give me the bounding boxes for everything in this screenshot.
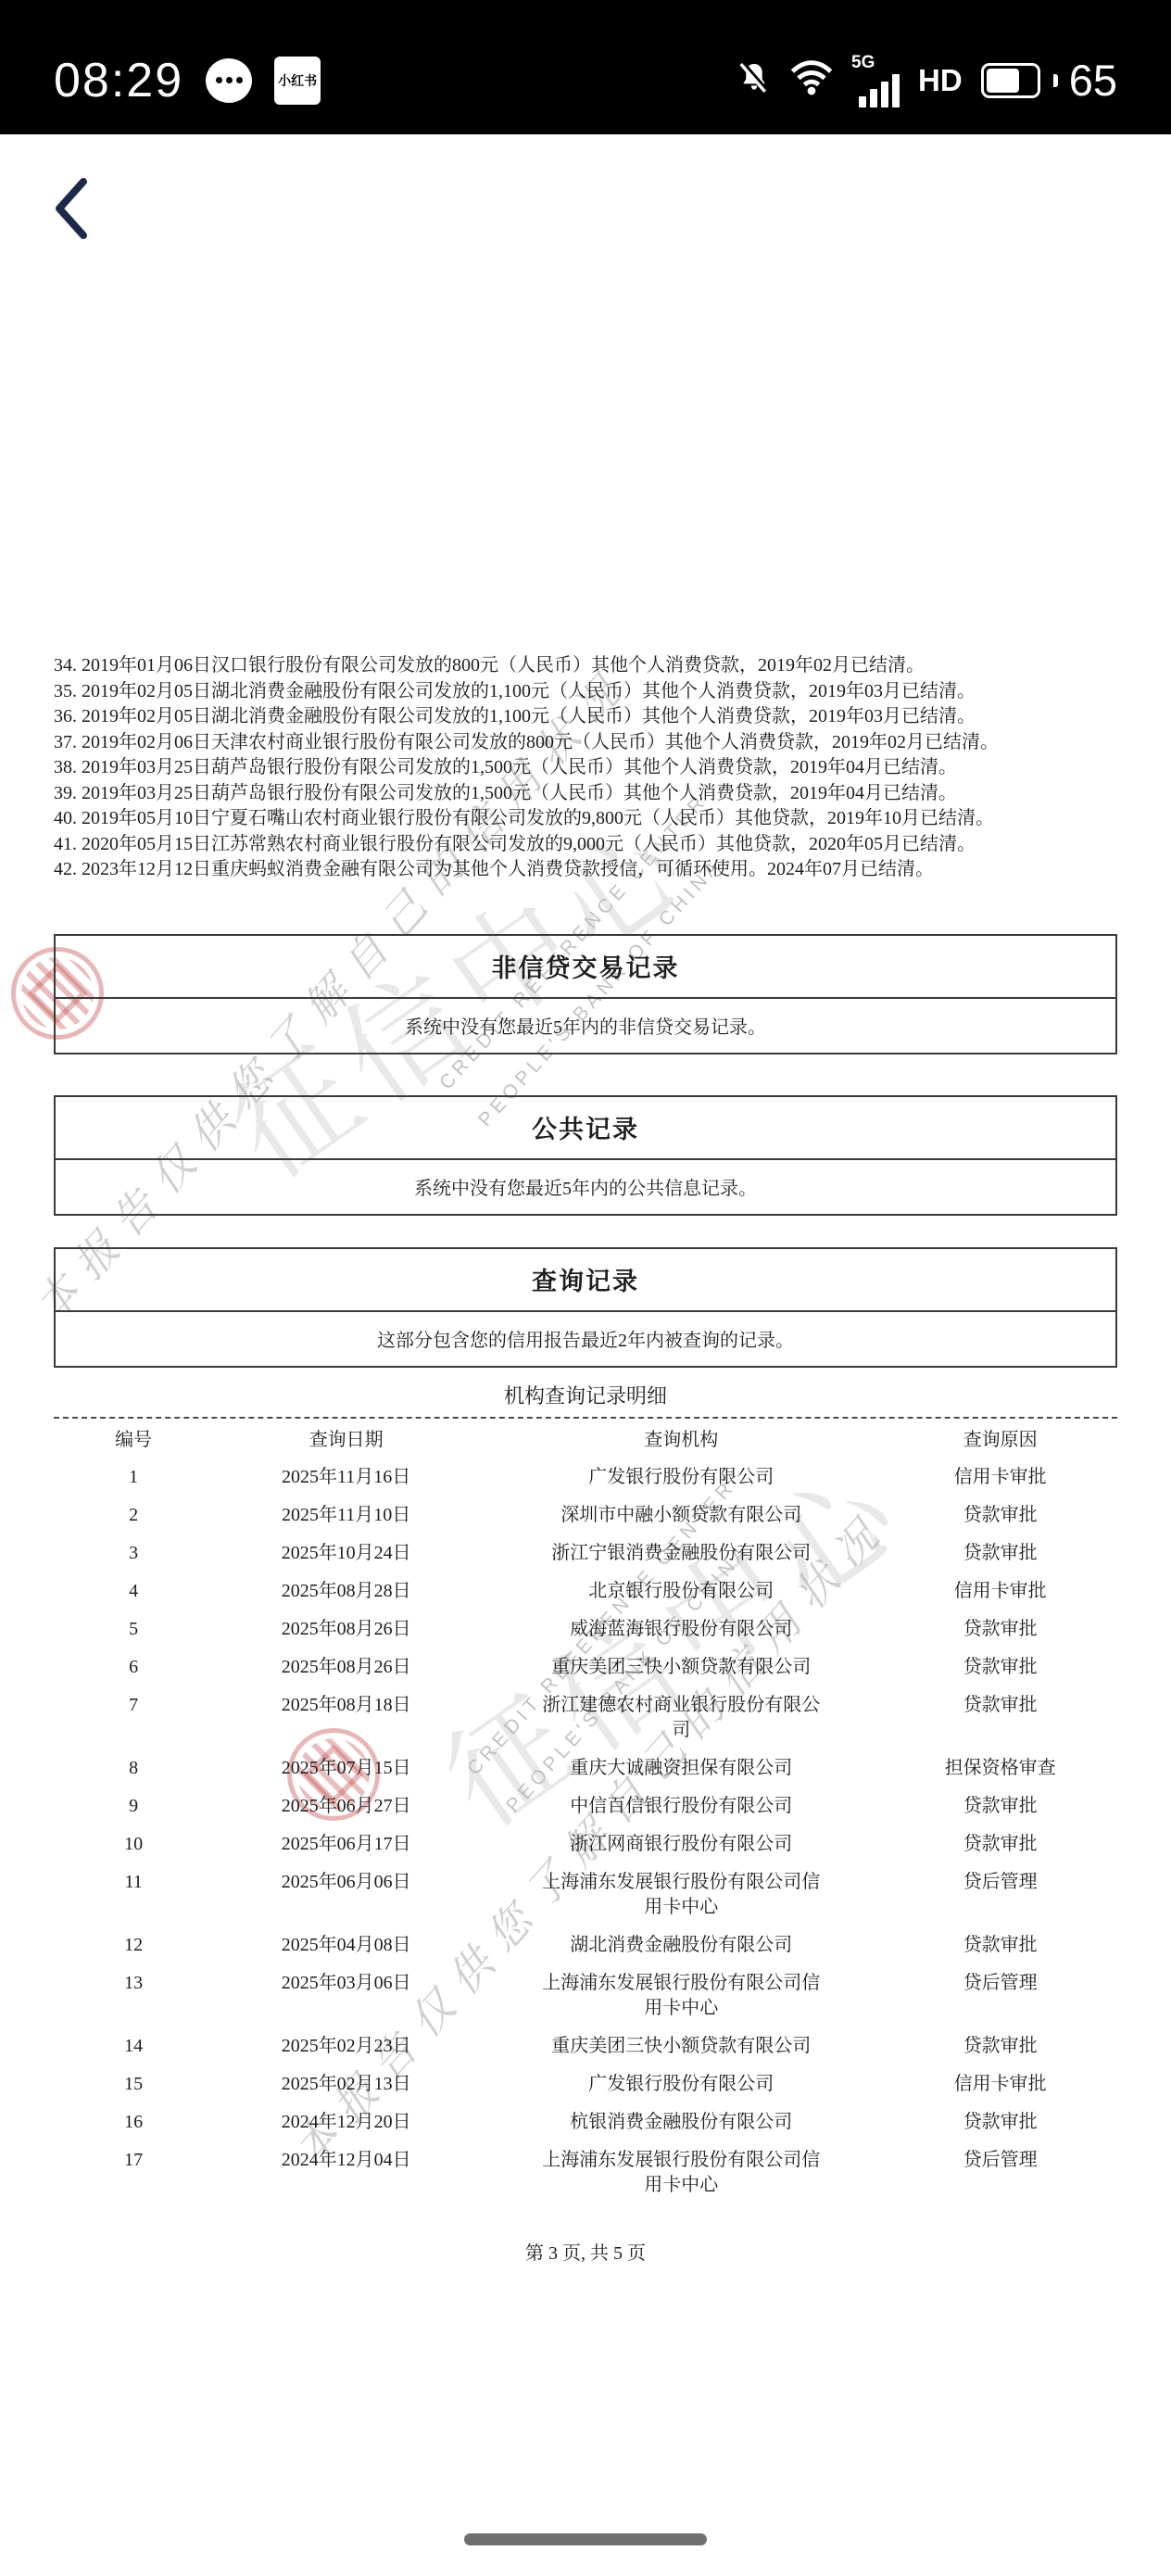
query-table-cell: 16 bbox=[54, 2110, 213, 2135]
query-table-cell: 1 bbox=[54, 1465, 213, 1490]
query-table-cell: 2 bbox=[54, 1503, 213, 1528]
status-bar-right: 5G HD 65 bbox=[737, 54, 1117, 107]
query-table-row: 32025年10月24日浙江宁银消费金融股份有限公司贷款审批 bbox=[54, 1534, 1117, 1572]
loan-records-list: 34. 2019年01月06日汉口银行股份有限公司发放的800元（人民币）其他个… bbox=[54, 653, 1117, 883]
back-button[interactable] bbox=[48, 174, 96, 243]
phone-screen: 08:29 小红书 bbox=[0, 0, 1171, 2576]
query-table-row: 22025年11月10日深圳市中融小额贷款有限公司贷款审批 bbox=[54, 1496, 1117, 1534]
hd-indicator: HD bbox=[918, 63, 963, 98]
battery-percent: 65 bbox=[1069, 55, 1117, 106]
query-table-cell: 贷款审批 bbox=[883, 2110, 1117, 2135]
query-table-row: 112025年06月06日上海浦东发展银行股份有限公司信用卡中心贷后管理 bbox=[54, 1863, 1117, 1926]
loan-record-item: 34. 2019年01月06日汉口银行股份有限公司发放的800元（人民币）其他个… bbox=[54, 653, 1117, 679]
battery-icon bbox=[981, 63, 1040, 98]
query-table-cell: 9 bbox=[54, 1794, 213, 1819]
column-header: 查询日期 bbox=[213, 1428, 479, 1453]
wifi-icon bbox=[790, 60, 833, 100]
query-table-cell: 2025年06月06日 bbox=[213, 1870, 479, 1920]
query-table-cell: 2024年12月04日 bbox=[213, 2148, 479, 2198]
loan-record-item: 41. 2020年05月15日江苏常熟农村商业银行股份有限公司发放的9,000元… bbox=[54, 832, 1117, 858]
query-table-row: 152025年02月13日广发银行股份有限公司信用卡审批 bbox=[54, 2065, 1117, 2103]
query-table-row: 132025年03月06日上海浦东发展银行股份有限公司信用卡中心贷后管理 bbox=[54, 1964, 1117, 2027]
signal-icon: 5G bbox=[851, 54, 900, 107]
signal-bars bbox=[859, 74, 900, 107]
loan-record-item: 42. 2023年12月12日重庆蚂蚁消费金融有限公司为其他个人消费贷款授信，可… bbox=[54, 857, 1117, 883]
xiaohongshu-app-icon: 小红书 bbox=[274, 57, 321, 105]
query-table-cell: 2025年06月17日 bbox=[213, 1832, 479, 1857]
query-table-cell: 中信百信银行股份有限公司 bbox=[479, 1794, 883, 1819]
query-table-cell: 2025年08月18日 bbox=[213, 1693, 479, 1743]
query-table-cell: 贷款审批 bbox=[883, 2034, 1117, 2059]
query-table-cell: 2025年02月23日 bbox=[213, 2034, 479, 2059]
query-table-row: 82025年07月15日重庆大诚融资担保有限公司担保资格审查 bbox=[54, 1749, 1117, 1787]
query-table-cell: 重庆大诚融资担保有限公司 bbox=[479, 1756, 883, 1781]
query-table-header: 编号 查询日期 查询机构 查询原因 bbox=[54, 1419, 1117, 1458]
query-table-row: 102025年06月17日浙江网商银行股份有限公司贷款审批 bbox=[54, 1825, 1117, 1863]
query-table: 编号 查询日期 查询机构 查询原因 12025年11月16日广发银行股份有限公司… bbox=[54, 1419, 1117, 2204]
loan-record-item: 36. 2019年02月05日湖北消费金融股份有限公司发放的1,100元（人民币… bbox=[54, 704, 1117, 730]
query-table-row: 172024年12月04日上海浦东发展银行股份有限公司信用卡中心贷后管理 bbox=[54, 2141, 1117, 2204]
query-table-cell: 浙江网商银行股份有限公司 bbox=[479, 1832, 883, 1857]
query-table-cell: 14 bbox=[54, 2034, 213, 2059]
query-table-cell: 7 bbox=[54, 1693, 213, 1743]
query-table-cell: 15 bbox=[54, 2072, 213, 2097]
query-table-cell: 4 bbox=[54, 1579, 213, 1604]
query-table-cell: 10 bbox=[54, 1832, 213, 1857]
column-header: 查询机构 bbox=[479, 1428, 883, 1453]
query-table-cell: 贷款审批 bbox=[883, 1617, 1117, 1642]
query-table-cell: 贷款审批 bbox=[883, 1832, 1117, 1857]
query-table-cell: 上海浦东发展银行股份有限公司信用卡中心 bbox=[479, 1870, 883, 1920]
mute-bell-icon bbox=[737, 58, 772, 102]
query-table-cell: 2025年04月08日 bbox=[213, 1933, 479, 1958]
query-table-cell: 2025年06月27日 bbox=[213, 1794, 479, 1819]
query-table-cell: 贷款审批 bbox=[883, 1655, 1117, 1680]
query-table-cell: 贷款审批 bbox=[883, 1794, 1117, 1819]
query-table-body: 12025年11月16日广发银行股份有限公司信用卡审批22025年11月10日深… bbox=[54, 1458, 1117, 2204]
loan-record-item: 35. 2019年02月05日湖北消费金融股份有限公司发放的1,100元（人民币… bbox=[54, 679, 1117, 705]
query-table-cell: 贷款审批 bbox=[883, 1933, 1117, 1958]
query-table-cell: 8 bbox=[54, 1756, 213, 1781]
section-body: 这部分包含您的信用报告最近2年内被查询的记录。 bbox=[56, 1312, 1115, 1366]
query-table-cell: 威海蓝海银行股份有限公司 bbox=[479, 1617, 883, 1642]
query-table-row: 72025年08月18日浙江建德农村商业银行股份有限公司贷款审批 bbox=[54, 1686, 1117, 1749]
network-type-label: 5G bbox=[851, 54, 875, 71]
section-query-records: 查询记录 这部分包含您的信用报告最近2年内被查询的记录。 bbox=[54, 1247, 1117, 1368]
query-table-cell: 2025年03月06日 bbox=[213, 1971, 479, 2021]
query-table-cell: 深圳市中融小额贷款有限公司 bbox=[479, 1503, 883, 1528]
query-table-row: 122025年04月08日湖北消费金融股份有限公司贷款审批 bbox=[54, 1926, 1117, 1964]
status-bar-left: 08:29 小红书 bbox=[54, 53, 321, 108]
section-body: 系统中没有您最近5年内的非信贷交易记录。 bbox=[56, 999, 1115, 1053]
section-title: 非信贷交易记录 bbox=[56, 936, 1115, 999]
query-table-cell: 贷后管理 bbox=[883, 2148, 1117, 2198]
home-indicator-bar[interactable] bbox=[464, 2533, 707, 2545]
column-header: 查询原因 bbox=[883, 1428, 1117, 1453]
query-table-cell: 浙江建德农村商业银行股份有限公司 bbox=[479, 1693, 883, 1743]
status-bar: 08:29 小红书 bbox=[0, 0, 1171, 134]
query-table-cell: 2025年10月24日 bbox=[213, 1541, 479, 1566]
query-table-cell: 12 bbox=[54, 1933, 213, 1958]
query-table-cell: 上海浦东发展银行股份有限公司信用卡中心 bbox=[479, 1971, 883, 2021]
query-table-cell: 6 bbox=[54, 1655, 213, 1680]
battery-indicator: 65 bbox=[981, 55, 1117, 106]
query-table-cell: 3 bbox=[54, 1541, 213, 1566]
column-header: 编号 bbox=[54, 1428, 213, 1453]
query-table-cell: 湖北消费金融股份有限公司 bbox=[479, 1933, 883, 1958]
section-public-records: 公共记录 系统中没有您最近5年内的公共信息记录。 bbox=[54, 1095, 1117, 1216]
query-table-cell: 2025年11月10日 bbox=[213, 1503, 479, 1528]
query-table-cell: 2025年07月15日 bbox=[213, 1756, 479, 1781]
query-table-cell: 信用卡审批 bbox=[883, 1579, 1117, 1604]
query-table-cell: 贷后管理 bbox=[883, 1870, 1117, 1920]
query-table-cell: 2025年08月26日 bbox=[213, 1655, 479, 1680]
query-table-cell: 广发银行股份有限公司 bbox=[479, 2072, 883, 2097]
query-table-cell: 杭银消费金融股份有限公司 bbox=[479, 2110, 883, 2135]
query-table-cell: 2024年12月20日 bbox=[213, 2110, 479, 2135]
query-table-cell: 北京银行股份有限公司 bbox=[479, 1579, 883, 1604]
query-table-cell: 2025年08月28日 bbox=[213, 1579, 479, 1604]
section-title: 公共记录 bbox=[56, 1097, 1115, 1160]
query-table-cell: 广发银行股份有限公司 bbox=[479, 1465, 883, 1490]
query-table-cell: 重庆美团三快小额贷款有限公司 bbox=[479, 2034, 883, 2059]
query-table-cell: 5 bbox=[54, 1617, 213, 1642]
query-table-cell: 贷款审批 bbox=[883, 1541, 1117, 1566]
query-table-cell: 浙江宁银消费金融股份有限公司 bbox=[479, 1541, 883, 1566]
report-content: 34. 2019年01月06日汉口银行股份有限公司发放的800元（人民币）其他个… bbox=[0, 653, 1171, 2265]
credit-report-page: 征信中心 征信中心 本报告仅供您了解自己的信用状况 本报告仅供您了解自己的信用状… bbox=[0, 134, 1171, 2576]
query-table-cell: 贷款审批 bbox=[883, 1503, 1117, 1528]
query-table-cell: 17 bbox=[54, 2148, 213, 2198]
message-bubble-icon bbox=[206, 58, 252, 103]
query-table-row: 12025年11月16日广发银行股份有限公司信用卡审批 bbox=[54, 1458, 1117, 1496]
query-table-cell: 重庆美团三快小额贷款有限公司 bbox=[479, 1655, 883, 1680]
query-table-cell: 2025年11月16日 bbox=[213, 1465, 479, 1490]
section-non-credit-records: 非信贷交易记录 系统中没有您最近5年内的非信贷交易记录。 bbox=[54, 934, 1117, 1054]
loan-record-item: 40. 2019年05月10日宁夏石嘴山农村商业银行股份有限公司发放的9,800… bbox=[54, 806, 1117, 832]
loan-record-item: 39. 2019年03月25日葫芦岛银行股份有限公司发放的1,500元（人民币）… bbox=[54, 781, 1117, 807]
query-table-cell: 上海浦东发展银行股份有限公司信用卡中心 bbox=[479, 2148, 883, 2198]
query-table-row: 62025年08月26日重庆美团三快小额贷款有限公司贷款审批 bbox=[54, 1648, 1117, 1686]
section-title: 查询记录 bbox=[56, 1249, 1115, 1312]
query-table-row: 142025年02月23日重庆美团三快小额贷款有限公司贷款审批 bbox=[54, 2027, 1117, 2065]
query-table-cell: 11 bbox=[54, 1870, 213, 1920]
page-number: 第 3 页, 共 5 页 bbox=[54, 2238, 1117, 2265]
query-table-cell: 贷款审批 bbox=[883, 1693, 1117, 1743]
loan-record-item: 38. 2019年03月25日葫芦岛银行股份有限公司发放的1,500元（人民币）… bbox=[54, 755, 1117, 781]
query-table-row: 52025年08月26日威海蓝海银行股份有限公司贷款审批 bbox=[54, 1610, 1117, 1648]
query-table-row: 42025年08月28日北京银行股份有限公司信用卡审批 bbox=[54, 1572, 1117, 1610]
query-table-row: 92025年06月27日中信百信银行股份有限公司贷款审批 bbox=[54, 1787, 1117, 1825]
section-body: 系统中没有您最近5年内的公共信息记录。 bbox=[56, 1160, 1115, 1214]
query-table-cell: 2025年08月26日 bbox=[213, 1617, 479, 1642]
query-table-cell: 信用卡审批 bbox=[883, 1465, 1117, 1490]
query-table-row: 162024年12月20日杭银消费金融股份有限公司贷款审批 bbox=[54, 2103, 1117, 2141]
query-table-cell: 信用卡审批 bbox=[883, 2072, 1117, 2097]
clock: 08:29 bbox=[54, 53, 183, 108]
query-table-cell: 贷后管理 bbox=[883, 1971, 1117, 2021]
query-table-cell: 2025年02月13日 bbox=[213, 2072, 479, 2097]
loan-record-item: 37. 2019年02月06日天津农村商业银行股份有限公司发放的800元（人民币… bbox=[54, 730, 1117, 756]
query-table-cell: 担保资格审查 bbox=[883, 1756, 1117, 1781]
query-table-subtitle: 机构查询记录明细 bbox=[54, 1381, 1117, 1409]
query-table-cell: 13 bbox=[54, 1971, 213, 2021]
